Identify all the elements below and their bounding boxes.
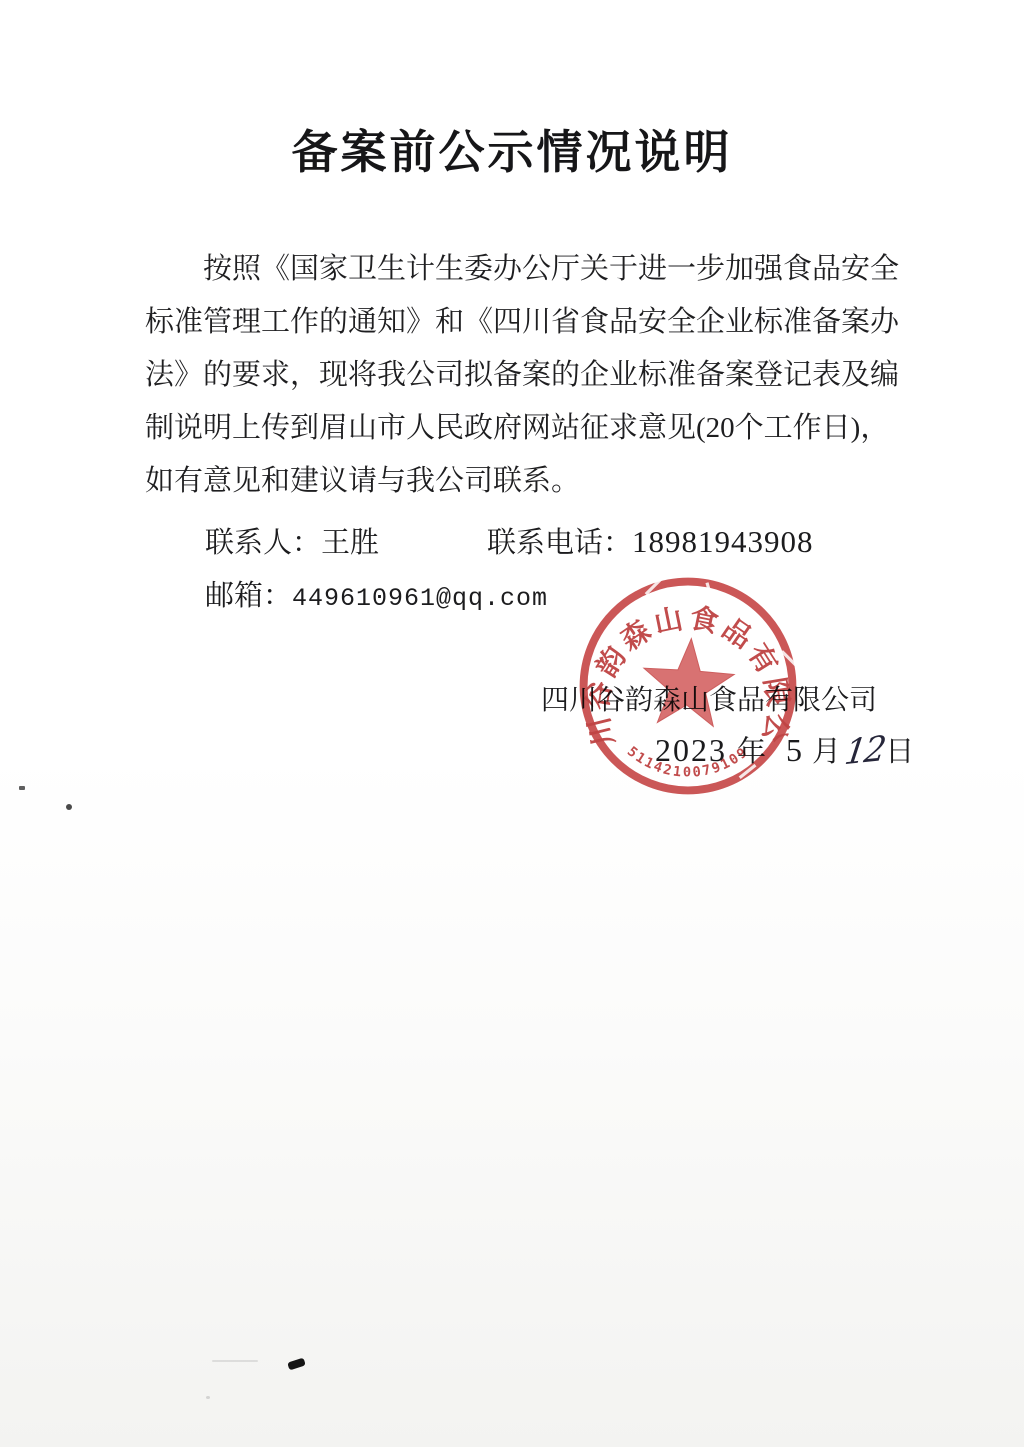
document-page: 备案前公示情况说明 按照《国家卫生计生委办公厅关于进一步加强食品安全 标准管理工… [0, 0, 1024, 1447]
date-month-unit: 月 [812, 729, 841, 770]
contact-email-address: 449610961@qq.com [292, 584, 548, 613]
scan-speck [19, 786, 25, 790]
seal-star-icon [640, 636, 736, 728]
body-line-4: 制说明上传到眉山市人民政府网站征求意见(20个工作日)， [145, 402, 872, 455]
scan-speck [66, 804, 72, 810]
contact-email-label: 邮箱： [205, 580, 292, 612]
scan-speck [206, 1396, 210, 1399]
body-line-3: 法》的要求，现将我公司拟备案的企业标准备案登记表及编 [145, 349, 872, 402]
scan-speck [287, 1358, 306, 1371]
document-title: 备案前公示情况说明 [0, 116, 1024, 182]
contact-person-name: 王胜 [321, 527, 379, 559]
contact-phone-number: 18981943908 [632, 524, 814, 559]
scan-smudge [212, 1360, 258, 1362]
body-line-2: 标准管理工作的通知》和《四川省食品安全企业标准备案办 [145, 296, 872, 349]
contact-phone-label: 联系电话： [487, 527, 632, 559]
body-line-1: 按照《国家卫生计生委办公厅关于进一步加强食品安全 [145, 243, 872, 296]
seal-serial-number: 5114210079109 [624, 744, 752, 781]
contact-person: 联系人：王胜 [205, 520, 379, 561]
contact-person-label: 联系人： [205, 527, 321, 559]
contact-phone: 联系电话：18981943908 [487, 520, 814, 561]
body-line-5: 如有意见和建议请与我公司联系。 [145, 455, 872, 508]
contact-email: 邮箱：449610961@qq.com [205, 573, 548, 614]
date-day-unit: 日 [885, 729, 914, 770]
body-paragraph: 按照《国家卫生计生委办公厅关于进一步加强食品安全 标准管理工作的通知》和《四川省… [145, 243, 872, 508]
company-seal-stamp-icon: 四川谷韵森山食品有限公司 5114210079109 [572, 570, 804, 802]
date-day-handwritten: 12 [842, 729, 887, 774]
